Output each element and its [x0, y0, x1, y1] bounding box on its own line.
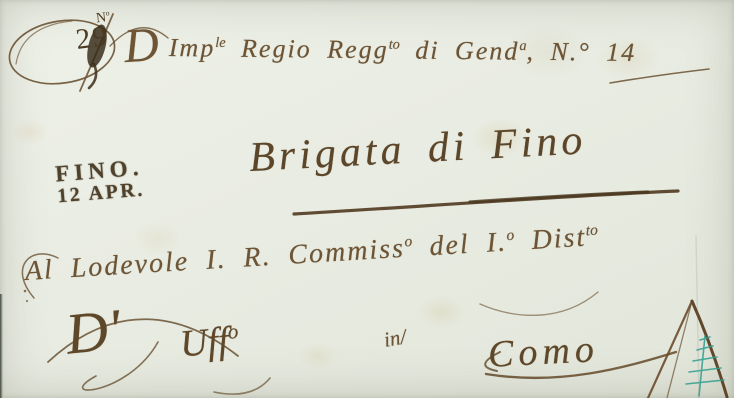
office-abbreviation: Uffo [178, 318, 241, 367]
sup-to: to [389, 37, 400, 53]
words-al-lodevole-commiss: Al Lodevole I. R. Commiss [24, 233, 406, 287]
word-dist: Dist [514, 222, 587, 257]
registry-oval-inner-arc [16, 21, 72, 64]
line1-underline [610, 69, 709, 83]
paper-background: No 29 D Imple Regio Reggto di Genda, N.°… [0, 0, 734, 398]
scan-edge-shadow [0, 294, 3, 398]
corner-triangle-right-edge [692, 301, 727, 397]
ink-speck-2 [26, 300, 28, 302]
sup-to-dist: to [585, 222, 598, 240]
words-di-genda: di Gend [400, 35, 520, 65]
address-line-regiment: Imple Regio Reggto di Genda, N.° 14 [169, 33, 637, 68]
sup-o-uff: o [227, 319, 240, 344]
registry-number-value: 29 [74, 20, 111, 57]
sup-le: le [215, 35, 225, 51]
word-imple: Imp [169, 33, 216, 62]
scanned-letter-cover: No 29 D Imple Regio Reggto di Genda, N.°… [0, 0, 734, 398]
flourish-initial-d-uff: D' [63, 295, 124, 367]
line3-end-descender [480, 292, 598, 315]
address-line-brigade: Brigata di Fino [248, 116, 587, 182]
ink-blot-tail [89, 64, 96, 88]
registry-n-sup: o [105, 8, 110, 17]
corner-triangle-left-edge [648, 301, 692, 398]
brigade-underline [294, 191, 678, 214]
ink-speck-1 [24, 290, 27, 293]
brigade-underline-thick [470, 192, 648, 202]
paper-crease [696, 236, 699, 398]
collector-mark-teal-tree [686, 336, 724, 396]
uff-descender-tail [214, 378, 270, 394]
words-del-i: del I. [412, 227, 508, 264]
flourish-initial-top: D [122, 17, 160, 74]
corner-triangle-inner-line [667, 301, 692, 398]
postmark-fino: FINO. 12 APR. [54, 157, 145, 208]
word-uff: Uff [178, 319, 230, 365]
preposition-in: in/ [382, 324, 408, 352]
destination-como: Como [487, 327, 600, 377]
unit-number: N.° 14 [550, 37, 636, 67]
comma: , [526, 37, 550, 66]
words-regio-reggto: Regio Regg [225, 34, 388, 65]
address-line-commissioner: Al Lodevole I. R. Commisso del I.o Distt… [24, 221, 599, 288]
